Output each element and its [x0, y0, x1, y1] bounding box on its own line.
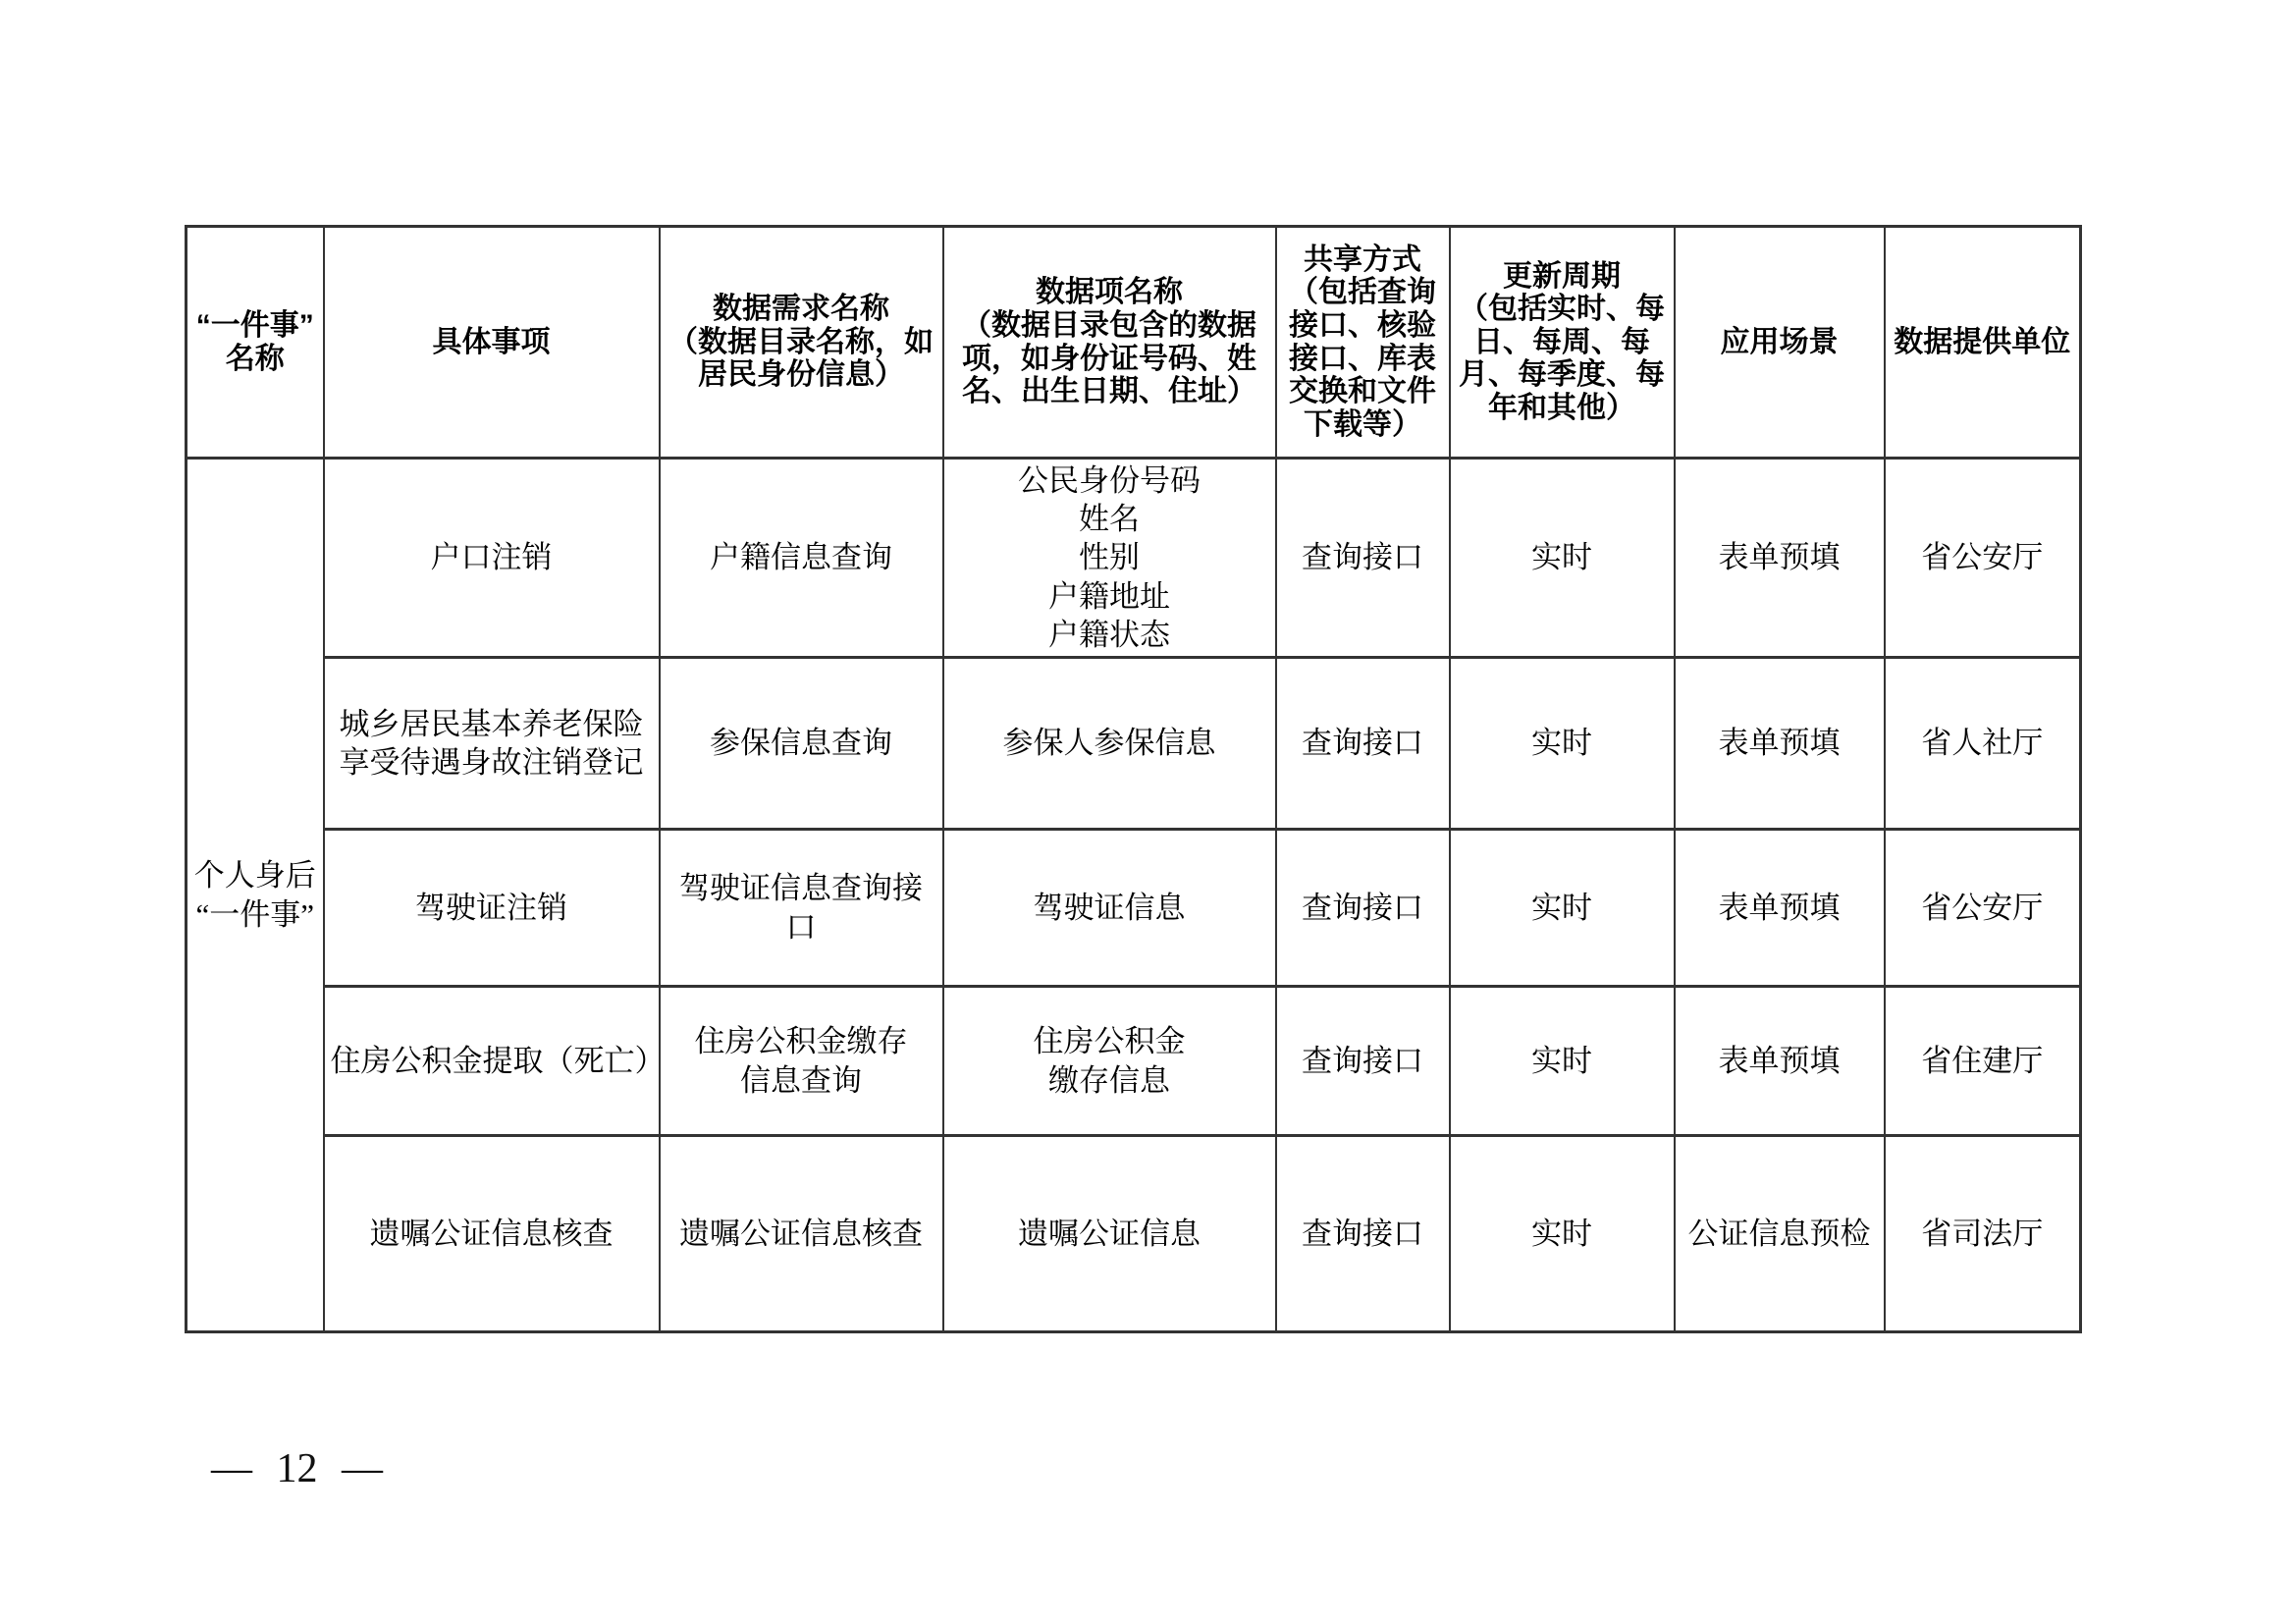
data-sharing-requirements-table: “一件事”名称 具体事项 数据需求名称 （数据目录名称，如居民身份信息） 数据项…	[185, 225, 2082, 1333]
cell-data-provider: 省人社厅	[1885, 658, 2081, 830]
cell-data-provider: 省住建厅	[1885, 987, 2081, 1136]
cell-share-mode: 查询接口	[1276, 459, 1450, 658]
cell-specific-item: 户口注销	[324, 459, 660, 658]
table-row: 个人身后“一件事” 户口注销 户籍信息查询 公民身份号码 姓名 性别 户籍地址 …	[187, 459, 2081, 658]
cell-data-provider: 省公安厅	[1885, 830, 2081, 987]
table-row: 驾驶证注销 驾驶证信息查询接口 驾驶证信息 查询接口 实时 表单预填 省公安厅	[187, 830, 2081, 987]
cell-data-item-name: 参保人参保信息	[943, 658, 1276, 830]
cell-share-mode: 查询接口	[1276, 1136, 1450, 1332]
cell-share-mode: 查询接口	[1276, 987, 1450, 1136]
cell-specific-item: 城乡居民基本养老保险享受待遇身故注销登记	[324, 658, 660, 830]
cell-data-provider: 省司法厅	[1885, 1136, 2081, 1332]
cell-specific-item: 住房公积金提取（死亡）	[324, 987, 660, 1136]
cell-application-scene: 公证信息预检	[1675, 1136, 1885, 1332]
cell-specific-item: 遗嘱公证信息核查	[324, 1136, 660, 1332]
col-header-update-cycle: 更新周期 （包括实时、每日、每周、每月、每季度、每年和其他）	[1450, 227, 1675, 459]
cell-application-scene: 表单预填	[1675, 658, 1885, 830]
cell-update-cycle: 实时	[1450, 459, 1675, 658]
cell-data-item-name: 遗嘱公证信息	[943, 1136, 1276, 1332]
cell-application-scene: 表单预填	[1675, 459, 1885, 658]
cell-data-demand-name: 参保信息查询	[660, 658, 943, 830]
cell-update-cycle: 实时	[1450, 1136, 1675, 1332]
cell-group-label: 个人身后“一件事”	[187, 459, 324, 1332]
cell-application-scene: 表单预填	[1675, 830, 1885, 987]
col-header-data-demand-name: 数据需求名称 （数据目录名称，如居民身份信息）	[660, 227, 943, 459]
col-header-data-item-name: 数据项名称 （数据目录包含的数据项，如身份证号码、姓名、出生日期、住址）	[943, 227, 1276, 459]
cell-data-demand-name: 住房公积金缴存 信息查询	[660, 987, 943, 1136]
cell-specific-item: 驾驶证注销	[324, 830, 660, 987]
col-header-share-mode: 共享方式 （包括查询接口、核验接口、库表交换和文件下载等）	[1276, 227, 1450, 459]
col-header-application-scene: 应用场景	[1675, 227, 1885, 459]
cell-share-mode: 查询接口	[1276, 830, 1450, 987]
cell-data-demand-name: 遗嘱公证信息核查	[660, 1136, 943, 1332]
table-row: 遗嘱公证信息核查 遗嘱公证信息核查 遗嘱公证信息 查询接口 实时 公证信息预检 …	[187, 1136, 2081, 1332]
col-header-one-thing-name: “一件事”名称	[187, 227, 324, 459]
table-row: 城乡居民基本养老保险享受待遇身故注销登记 参保信息查询 参保人参保信息 查询接口…	[187, 658, 2081, 830]
table-header-row: “一件事”名称 具体事项 数据需求名称 （数据目录名称，如居民身份信息） 数据项…	[187, 227, 2081, 459]
cell-update-cycle: 实时	[1450, 987, 1675, 1136]
cell-data-demand-name: 驾驶证信息查询接口	[660, 830, 943, 987]
page-number: — 12 —	[211, 1445, 383, 1492]
cell-application-scene: 表单预填	[1675, 987, 1885, 1136]
cell-data-demand-name: 户籍信息查询	[660, 459, 943, 658]
col-header-data-provider: 数据提供单位	[1885, 227, 2081, 459]
cell-update-cycle: 实时	[1450, 830, 1675, 987]
table-row: 住房公积金提取（死亡） 住房公积金缴存 信息查询 住房公积金 缴存信息 查询接口…	[187, 987, 2081, 1136]
cell-data-provider: 省公安厅	[1885, 459, 2081, 658]
col-header-specific-item: 具体事项	[324, 227, 660, 459]
cell-data-item-name: 住房公积金 缴存信息	[943, 987, 1276, 1136]
cell-update-cycle: 实时	[1450, 658, 1675, 830]
cell-data-item-name: 驾驶证信息	[943, 830, 1276, 987]
cell-share-mode: 查询接口	[1276, 658, 1450, 830]
cell-data-item-name: 公民身份号码 姓名 性别 户籍地址 户籍状态	[943, 459, 1276, 658]
